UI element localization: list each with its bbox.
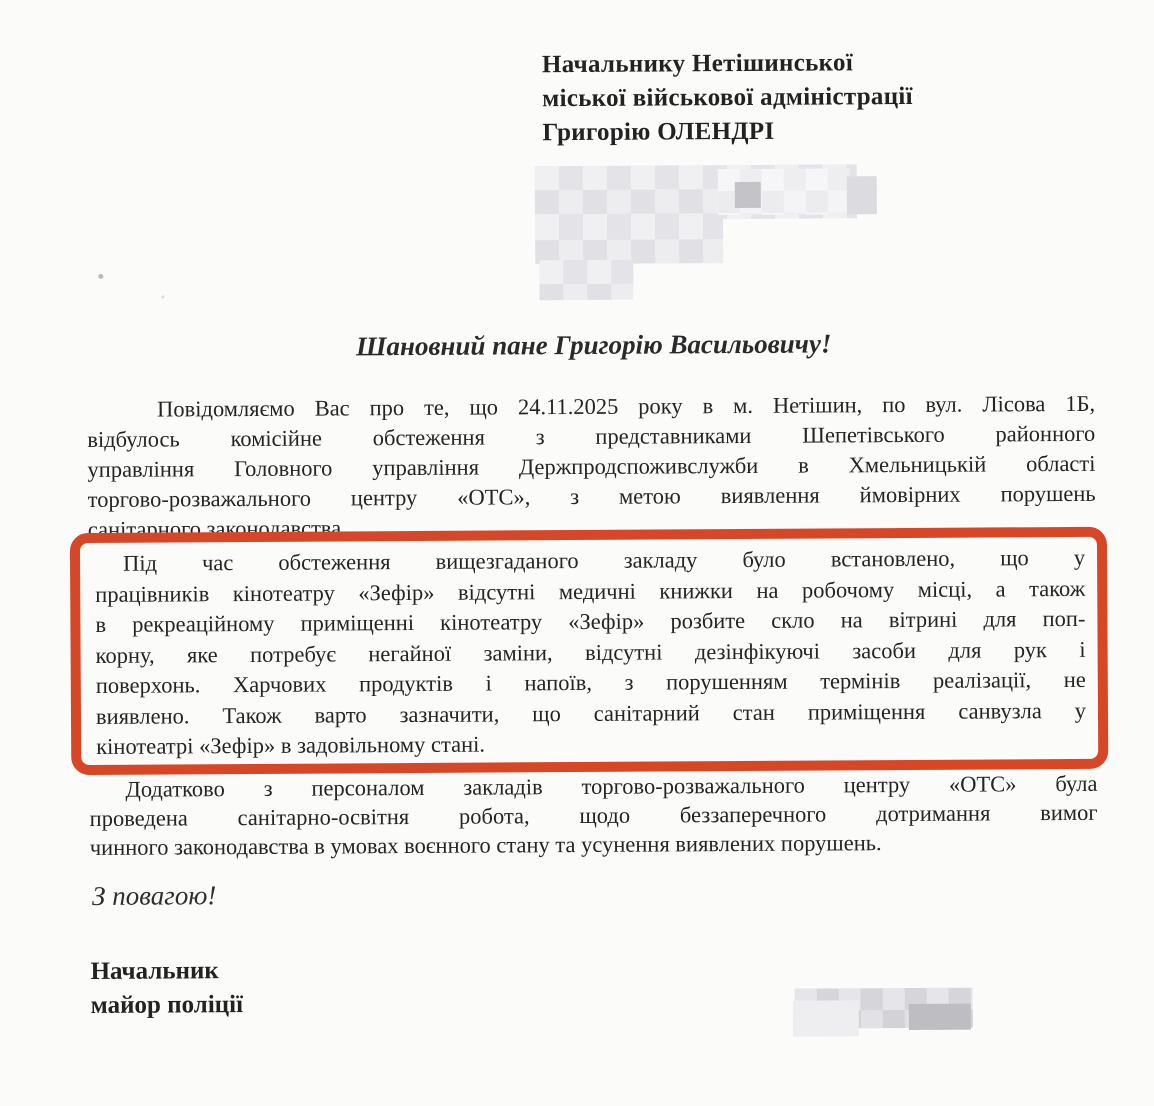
scanned-letter-page: Начальнику Нетішинської міської військов… — [0, 0, 1154, 1106]
recipient-line: Григорію ОЛЕНДРІ — [542, 114, 913, 150]
body-line: торгово-розважального центру «ОТС», з ме… — [88, 479, 1096, 515]
body-line: санітарного законодавства. — [88, 509, 1096, 545]
scan-speck — [98, 274, 103, 279]
redacted-signature — [0, 0, 1151, 4]
redacted-recipient-details — [0, 0, 1151, 4]
redaction-block — [535, 215, 723, 264]
letter-content: Начальнику Нетішинської міської військов… — [0, 0, 1154, 1106]
signature-rank-line: майор поліції — [91, 988, 243, 1023]
paragraph-findings-highlighted: Під час обстеження вищезгаданого закладу… — [95, 543, 1086, 763]
body-line: виявлено. Також варто зазначити, що сані… — [96, 695, 1086, 732]
paragraph-intro: Повідомляємо Вас про те, що 24.11.2025 р… — [87, 389, 1096, 545]
redaction-block — [793, 1000, 859, 1036]
closing-respectfully: З повагою! — [92, 880, 216, 912]
scan-speck — [161, 296, 164, 299]
body-line: чинного законодавства в умовах воєнного … — [90, 827, 1098, 862]
recipient-line: міської військової адміністрації — [542, 80, 913, 116]
recipient-line: Начальнику Нетішинської — [542, 46, 913, 82]
signature-title-line: Начальник — [90, 954, 242, 989]
signature-block: Начальник майор поліції — [90, 954, 243, 1023]
paragraph-additional: Додатково з персоналом закладів торгово-… — [89, 769, 1098, 862]
salutation: Шановний пане Григорію Васильовичу! — [89, 327, 1099, 364]
recipient-block: Начальнику Нетішинської міської військов… — [542, 46, 913, 150]
body-line: кінотеатрі «Зефір» в задовільному стані. — [96, 726, 1086, 763]
redaction-block — [735, 182, 761, 208]
redaction-block — [909, 1004, 971, 1030]
body-line: проведена санітарно-освітня робота, щодо… — [90, 798, 1098, 833]
redaction-block — [847, 176, 877, 214]
redaction-block — [539, 260, 633, 301]
